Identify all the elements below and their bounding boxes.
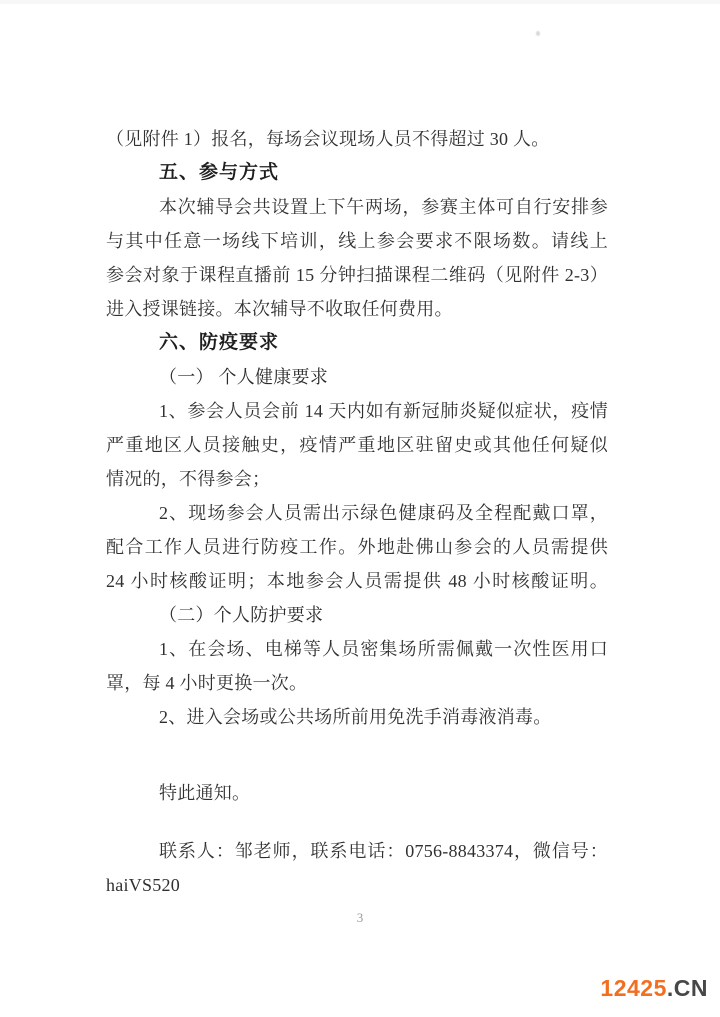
text-line: 1、参会人员会前 14 天内如有新冠肺炎疑似症状，疫情 [106, 394, 608, 428]
text-line: 严重地区人员接触史，疫情严重地区驻留史或其他任何疑似 [106, 428, 608, 462]
text-line: 进入授课链接。本次辅导不收取任何费用。 [106, 292, 608, 326]
text-line: （见附件 1）报名，每场会议现场人员不得超过 30 人。 [106, 122, 608, 156]
text-line: 联系人：邹老师，联系电话：0756-8843374，微信号： [106, 834, 608, 868]
text-line: （一） 个人健康要求 [106, 360, 608, 394]
scan-speck [536, 31, 540, 36]
text-line: 罩，每 4 小时更换一次。 [106, 666, 608, 700]
text-line: haiVS520 [106, 868, 608, 902]
section-heading: 五、参与方式 [106, 156, 608, 190]
text-line: （二）个人防护要求 [106, 598, 608, 632]
text-line: 24 小时核酸证明；本地参会人员需提供 48 小时核酸证明。 [106, 564, 608, 598]
watermark: 12425.CN [600, 975, 708, 1002]
text-line: 2、现场参会人员需出示绿色健康码及全程配戴口罩， [106, 496, 608, 530]
scanned-document-page: （见附件 1）报名，每场会议现场人员不得超过 30 人。五、参与方式本次辅导会共… [0, 0, 720, 1017]
page-number: 3 [0, 910, 720, 926]
text-line: 本次辅导会共设置上下午两场，参赛主体可自行安排参 [106, 190, 608, 224]
text-line: 1、在会场、电梯等人员密集场所需佩戴一次性医用口 [106, 632, 608, 666]
text-line: 特此通知。 [106, 776, 608, 810]
scan-edge-artifact [0, 0, 720, 4]
document-body: （见附件 1）报名，每场会议现场人员不得超过 30 人。五、参与方式本次辅导会共… [106, 122, 608, 902]
text-line: 情况的，不得参会； [106, 462, 608, 496]
text-line: 参会对象于课程直播前 15 分钟扫描课程二维码（见附件 2-3） [106, 258, 608, 292]
watermark-brand: 12425 [600, 975, 666, 1001]
text-line: 配合工作人员进行防疫工作。外地赴佛山参会的人员需提供 [106, 530, 608, 564]
text-line: 2、进入会场或公共场所前用免洗手消毒液消毒。 [106, 700, 608, 734]
watermark-suffix: .CN [667, 975, 708, 1001]
section-heading: 六、防疫要求 [106, 326, 608, 360]
text-line: 与其中任意一场线下培训，线上参会要求不限场数。请线上 [106, 224, 608, 258]
